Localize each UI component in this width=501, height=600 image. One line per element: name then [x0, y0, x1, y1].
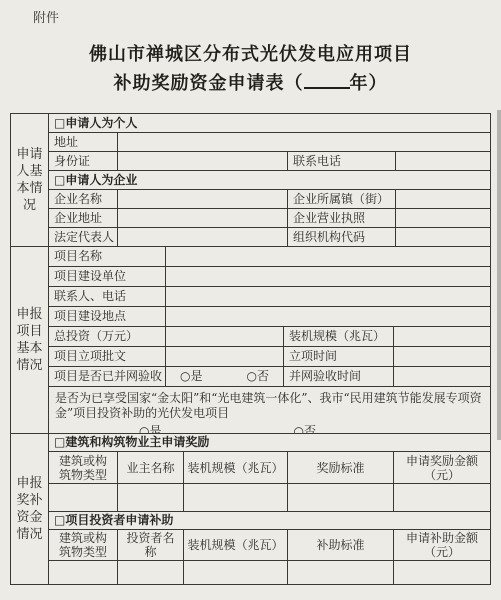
owner-amount-input-cell[interactable] — [394, 484, 490, 511]
approval-time-input-cell[interactable] — [394, 347, 490, 366]
project-site-label: 项目建设地点 — [49, 307, 166, 326]
row-ent-addr-license: 企业地址 企业营业执照 — [49, 209, 490, 228]
legal-rep-label: 法定代表人 — [49, 228, 118, 246]
section-project-label: 申报项目基本情况 — [11, 247, 49, 433]
row-project-site: 项目建设地点 — [49, 307, 490, 327]
org-code-input-cell[interactable] — [396, 228, 490, 246]
row-prior-subsidy-question: 是否为已享受国家“金太阳”和“光电建筑一体化”、我市“民用建筑节能发展专项资金”… — [49, 387, 490, 433]
section-applicant-label: 申请人基本情况 — [11, 114, 49, 246]
total-investment-input-cell[interactable] — [166, 327, 284, 346]
address-label: 地址 — [49, 133, 118, 151]
business-license-label: 企业营业执照 — [288, 209, 396, 227]
grid-acceptance-options: ○是 ○否 — [166, 367, 284, 386]
investor-name-input-cell[interactable] — [118, 561, 184, 584]
enterprise-address-label: 企业地址 — [49, 209, 118, 227]
attachment-label: 附件 — [33, 7, 59, 26]
approval-doc-label: 项目立项批文 — [49, 347, 166, 366]
owner-col-standard: 奖励标准 — [288, 452, 394, 483]
row-investor-data — [49, 561, 490, 584]
investor-col-capacity: 装机规模（兆瓦） — [184, 530, 288, 560]
scan-edge-artifact — [497, 110, 501, 440]
project-unit-label: 项目建设单位 — [49, 267, 166, 286]
row-investor-checkbox: □项目投资者申请补助 — [49, 512, 490, 530]
row-enterprise-checkbox: □申请人为企业 — [49, 171, 490, 190]
legal-rep-input-cell[interactable] — [118, 228, 288, 246]
row-approval: 项目立项批文 立项时间 — [49, 347, 490, 367]
scanned-form-page: 附件 佛山市禅城区分布式光伏发电应用项目 补助奖励资金申请表（年） 申请人基本情… — [0, 0, 501, 600]
owner-award-checkbox[interactable]: □建筑和构筑物业主申请奖励 — [49, 434, 490, 451]
form-title: 佛山市禅城区分布式光伏发电应用项目 补助奖励资金申请表（年） — [0, 40, 501, 98]
grid-yes-radio[interactable]: ○是 — [180, 369, 202, 384]
phone-input-cell[interactable] — [396, 152, 490, 170]
id-card-label: 身份证 — [49, 152, 118, 170]
row-project-contact: 联系人、电话 — [49, 287, 490, 307]
owner-col-owner-name: 业主名称 — [118, 452, 184, 483]
owner-col-amount: 申请奖励金额（元） — [394, 452, 490, 483]
prior-subsidy-question-cell: 是否为已享受国家“金太阳”和“光电建筑一体化”、我市“民用建筑节能发展专项资金”… — [49, 387, 490, 433]
enterprise-town-input-cell[interactable] — [396, 190, 490, 208]
row-owner-header: 建筑或构筑物类型 业主名称 装机规模（兆瓦） 奖励标准 申请奖励金额（元） — [49, 452, 490, 484]
investor-building-type-input-cell[interactable] — [49, 561, 118, 584]
section-project-info: 申报项目基本情况 项目名称 项目建设单位 联系人、电话 项目建设地点 — [11, 247, 490, 434]
capacity-input-cell[interactable] — [394, 327, 490, 346]
grid-no-radio[interactable]: ○否 — [247, 369, 269, 384]
question-no-radio[interactable]: ○否 — [293, 424, 315, 433]
project-name-input-cell[interactable] — [166, 247, 490, 266]
row-grid-acceptance: 项目是否已并网验收 ○是 ○否 并网验收时间 — [49, 367, 490, 387]
row-individual-checkbox: □申请人为个人 — [49, 114, 490, 133]
row-project-unit: 项目建设单位 — [49, 267, 490, 287]
year-blank-field[interactable] — [304, 74, 350, 89]
row-address: 地址 — [49, 133, 490, 152]
grid-time-input-cell[interactable] — [394, 367, 490, 386]
total-investment-label: 总投资（万元） — [49, 327, 166, 346]
row-id-phone: 身份证 联系电话 — [49, 152, 490, 171]
prior-subsidy-question-text: 是否为已享受国家“金太阳”和“光电建筑一体化”、我市“民用建筑节能发展专项资金”… — [55, 391, 484, 421]
owner-capacity-input-cell[interactable] — [184, 484, 288, 511]
investor-subsidy-checkbox[interactable]: □项目投资者申请补助 — [49, 512, 490, 529]
row-owner-data — [49, 484, 490, 512]
project-name-label: 项目名称 — [49, 247, 166, 266]
capacity-label: 装机规模（兆瓦） — [284, 327, 394, 346]
section-award-funds: 申报奖补资金情况 □建筑和构筑物业主申请奖励 建筑或构筑物类型 业主名称 装机规… — [11, 434, 490, 584]
application-form-table: 申请人基本情况 □申请人为个人 地址 身份证 联系电话 □申请人为企业 — [10, 113, 491, 585]
investor-capacity-input-cell[interactable] — [184, 561, 288, 584]
row-project-name: 项目名称 — [49, 247, 490, 267]
project-contact-input-cell[interactable] — [166, 287, 490, 306]
investor-col-standard: 补助标准 — [288, 530, 394, 560]
enterprise-town-label: 企业所属镇（街） — [288, 190, 396, 208]
owner-col-capacity: 装机规模（兆瓦） — [184, 452, 288, 483]
section-award-label: 申报奖补资金情况 — [11, 434, 49, 584]
investor-amount-input-cell[interactable] — [394, 561, 490, 584]
investor-col-building-type: 建筑或构筑物类型 — [49, 530, 118, 560]
enterprise-address-input-cell[interactable] — [118, 209, 288, 227]
id-card-input-cell[interactable] — [118, 152, 288, 170]
enterprise-name-input-cell[interactable] — [118, 190, 288, 208]
project-site-input-cell[interactable] — [166, 307, 490, 326]
owner-col-building-type: 建筑或构筑物类型 — [49, 452, 118, 483]
prior-subsidy-options: ○是 ○否 — [55, 424, 484, 433]
question-yes-radio[interactable]: ○是 — [139, 424, 161, 433]
project-unit-input-cell[interactable] — [166, 267, 490, 286]
investor-standard-input-cell[interactable] — [288, 561, 394, 584]
row-investor-header: 建筑或构筑物类型 投资者名称 装机规模（兆瓦） 补助标准 申请补助金额（元） — [49, 530, 490, 561]
project-contact-label: 联系人、电话 — [49, 287, 166, 306]
enterprise-name-label: 企业名称 — [49, 190, 118, 208]
form-title-line2: 补助奖励资金申请表（年） — [0, 69, 501, 98]
phone-label: 联系电话 — [288, 152, 396, 170]
form-title-line1: 佛山市禅城区分布式光伏发电应用项目 — [0, 40, 501, 69]
org-code-label: 组织机构代码 — [288, 228, 396, 246]
individual-applicant-checkbox[interactable]: □申请人为个人 — [49, 114, 490, 132]
approval-time-label: 立项时间 — [284, 347, 394, 366]
section-applicant-info: 申请人基本情况 □申请人为个人 地址 身份证 联系电话 □申请人为企业 — [11, 114, 490, 247]
enterprise-applicant-checkbox[interactable]: □申请人为企业 — [49, 171, 490, 189]
address-input-cell[interactable] — [118, 133, 490, 151]
investor-col-amount: 申请补助金额（元） — [394, 530, 490, 560]
owner-standard-input-cell[interactable] — [288, 484, 394, 511]
row-legalrep-orgcode: 法定代表人 组织机构代码 — [49, 228, 490, 246]
business-license-input-cell[interactable] — [396, 209, 490, 227]
grid-acceptance-label: 项目是否已并网验收 — [49, 367, 166, 386]
grid-time-label: 并网验收时间 — [284, 367, 394, 386]
investor-col-investor-name: 投资者名称 — [118, 530, 184, 560]
owner-name-input-cell[interactable] — [118, 484, 184, 511]
row-ent-name-town: 企业名称 企业所属镇（街） — [49, 190, 490, 209]
row-investment-capacity: 总投资（万元） 装机规模（兆瓦） — [49, 327, 490, 347]
approval-doc-input-cell[interactable] — [166, 347, 284, 366]
row-owner-checkbox: □建筑和构筑物业主申请奖励 — [49, 434, 490, 452]
owner-building-type-input-cell[interactable] — [49, 484, 118, 511]
